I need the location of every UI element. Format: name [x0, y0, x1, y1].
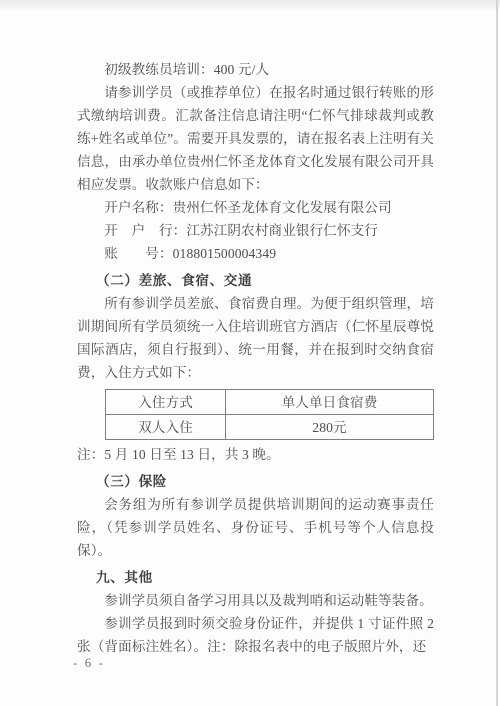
account-name-line: 开户名称：贵州仁怀圣龙体育文化发展有限公司	[77, 196, 434, 219]
accommodation-table-header-row: 入住方式 单人单日食宿费	[106, 390, 434, 415]
scan-shadow-top	[0, 0, 500, 14]
accommodation-note: 注：5 月 10 日至 13 日，共 3 晚。	[77, 443, 434, 466]
insurance-paragraph: 会务组为所有参训学员提供培训期间的运动赛事责任险，（凭参训学员姓名、身份证号、手…	[77, 493, 434, 562]
document-body: 初级教练员培训：400 元/人 请参训学员（或推荐单位）在报名时通过银行转账的形…	[77, 58, 434, 658]
accommodation-table-data-row: 双人入住 280元	[106, 415, 434, 440]
table-header-stay-mode: 入住方式	[106, 390, 226, 415]
section-heading-other: 九、其他	[77, 566, 434, 589]
document-page: 初级教练员培训：400 元/人 请参训学员（或推荐单位）在报名时通过银行转账的形…	[0, 0, 500, 706]
account-number-line: 账 号：018801500004349	[77, 242, 434, 265]
table-cell-daily-fee: 280元	[226, 415, 434, 440]
other-paragraph-id-photo: 参训学员报到时须交验身份证件，并提供 1 寸证件照 2 张（背面标注姓名）。注：…	[77, 612, 434, 658]
section-heading-travel: （二）差旅、食宿、交通	[77, 269, 434, 292]
table-cell-stay-mode: 双人入住	[106, 415, 226, 440]
page-number: - 6 -	[64, 655, 114, 671]
fee-line: 初级教练员培训：400 元/人	[77, 58, 434, 81]
other-paragraph-equipment: 参训学员须自备学习用具以及裁判哨和运动鞋等装备。	[77, 589, 434, 612]
travel-paragraph: 所有参训学员差旅、食宿费自理。为便于组织管理，培训期间所有学员须统一入住培训班官…	[77, 292, 434, 384]
payment-paragraph: 请参训学员（或推荐单位）在报名时通过银行转账的形式缴纳培训费。汇款备注信息请注明…	[77, 81, 434, 196]
account-bank-line: 开 户 行：江苏江阴农村商业银行仁怀支行	[77, 219, 434, 242]
accommodation-table: 入住方式 单人单日食宿费 双人入住 280元	[105, 389, 434, 440]
table-header-daily-fee: 单人单日食宿费	[226, 390, 434, 415]
section-heading-insurance: （三）保险	[77, 470, 434, 493]
scan-edge-line	[496, 0, 498, 706]
